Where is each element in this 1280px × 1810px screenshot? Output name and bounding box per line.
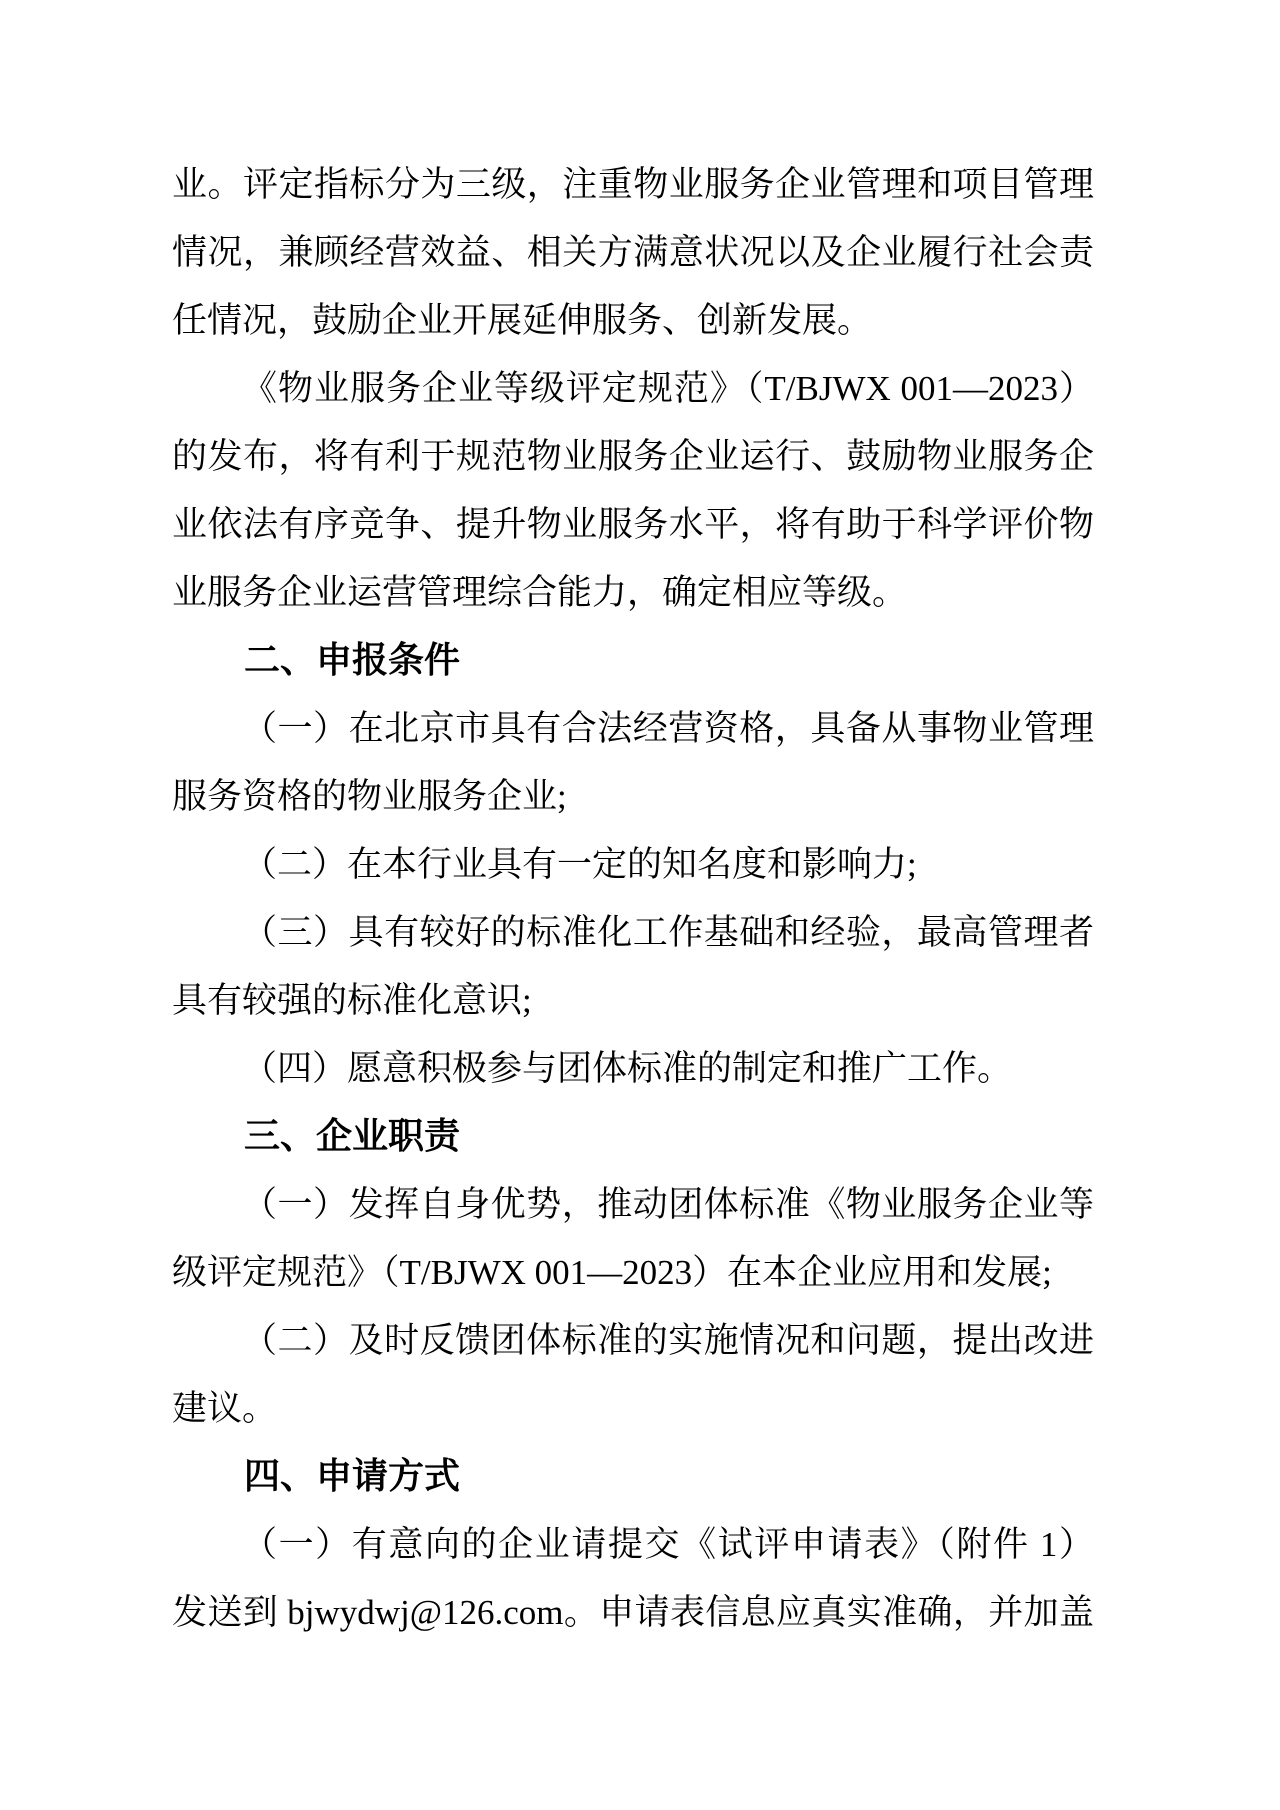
document-page: 业。评定指标分为三级，注重物业服务企业管理和项目管理 情况，兼顾经营效益、相关方… (0, 0, 1280, 1810)
text-line: 级评定规范》（T/BJWX 001—2023）在本企业应用和发展; (172, 1239, 1094, 1307)
section: 二、申报条件 (172, 627, 1094, 695)
text-line: 任情况，鼓励企业开展延伸服务、创新发展。 (172, 287, 1094, 355)
section: 四、申请方式 (172, 1443, 1094, 1511)
paragraph: 《物业服务企业等级评定规范》（T/BJWX 001—2023） 的发布，将有利于… (172, 355, 1094, 627)
text-line: 发送到 bjwydwj@126.com。申请表信息应真实准确，并加盖 (172, 1579, 1094, 1647)
text-line: 业。评定指标分为三级，注重物业服务企业管理和项目管理 (172, 151, 1094, 219)
text-line: 建议。 (172, 1375, 1094, 1443)
paragraph: （一）发挥自身优势，推动团体标准《物业服务企业等 级评定规范》（T/BJWX 0… (172, 1171, 1094, 1307)
paragraph: 业。评定指标分为三级，注重物业服务企业管理和项目管理 情况，兼顾经营效益、相关方… (172, 151, 1094, 355)
paragraph: （二）在本行业具有一定的知名度和影响力; (172, 831, 1094, 899)
text-line: 的发布，将有利于规范物业服务企业运行、鼓励物业服务企 (172, 423, 1094, 491)
text-line: 《物业服务企业等级评定规范》（T/BJWX 001—2023） (172, 355, 1094, 423)
text-line: （二）在本行业具有一定的知名度和影响力; (172, 831, 1094, 899)
section-heading: 四、申请方式 (172, 1443, 1094, 1511)
section-heading: 二、申报条件 (172, 627, 1094, 695)
paragraph: （一）在北京市具有合法经营资格，具备从事物业管理 服务资格的物业服务企业; (172, 695, 1094, 831)
text-line: 业服务企业运营管理综合能力，确定相应等级。 (172, 559, 1094, 627)
section: 三、企业职责 (172, 1103, 1094, 1171)
text-line: （一）有意向的企业请提交《试评申请表》（附件 1） (172, 1511, 1094, 1579)
text-line: （二）及时反馈团体标准的实施情况和问题，提出改进 (172, 1307, 1094, 1375)
paragraph: （一）有意向的企业请提交《试评申请表》（附件 1） 发送到 bjwydwj@12… (172, 1511, 1094, 1647)
section-heading: 三、企业职责 (172, 1103, 1094, 1171)
text-line: 服务资格的物业服务企业; (172, 763, 1094, 831)
text-line: （一）在北京市具有合法经营资格，具备从事物业管理 (172, 695, 1094, 763)
paragraph: （四）愿意积极参与团体标准的制定和推广工作。 (172, 1035, 1094, 1103)
paragraph: （三）具有较好的标准化工作基础和经验，最高管理者 具有较强的标准化意识; (172, 899, 1094, 1035)
text-line: 具有较强的标准化意识; (172, 967, 1094, 1035)
text-line: （三）具有较好的标准化工作基础和经验，最高管理者 (172, 899, 1094, 967)
text-line: （四）愿意积极参与团体标准的制定和推广工作。 (172, 1035, 1094, 1103)
paragraph: （二）及时反馈团体标准的实施情况和问题，提出改进 建议。 (172, 1307, 1094, 1443)
text-line: 情况，兼顾经营效益、相关方满意状况以及企业履行社会责 (172, 219, 1094, 287)
text-line: （一）发挥自身优势，推动团体标准《物业服务企业等 (172, 1171, 1094, 1239)
text-line: 业依法有序竞争、提升物业服务水平，将有助于科学评价物 (172, 491, 1094, 559)
